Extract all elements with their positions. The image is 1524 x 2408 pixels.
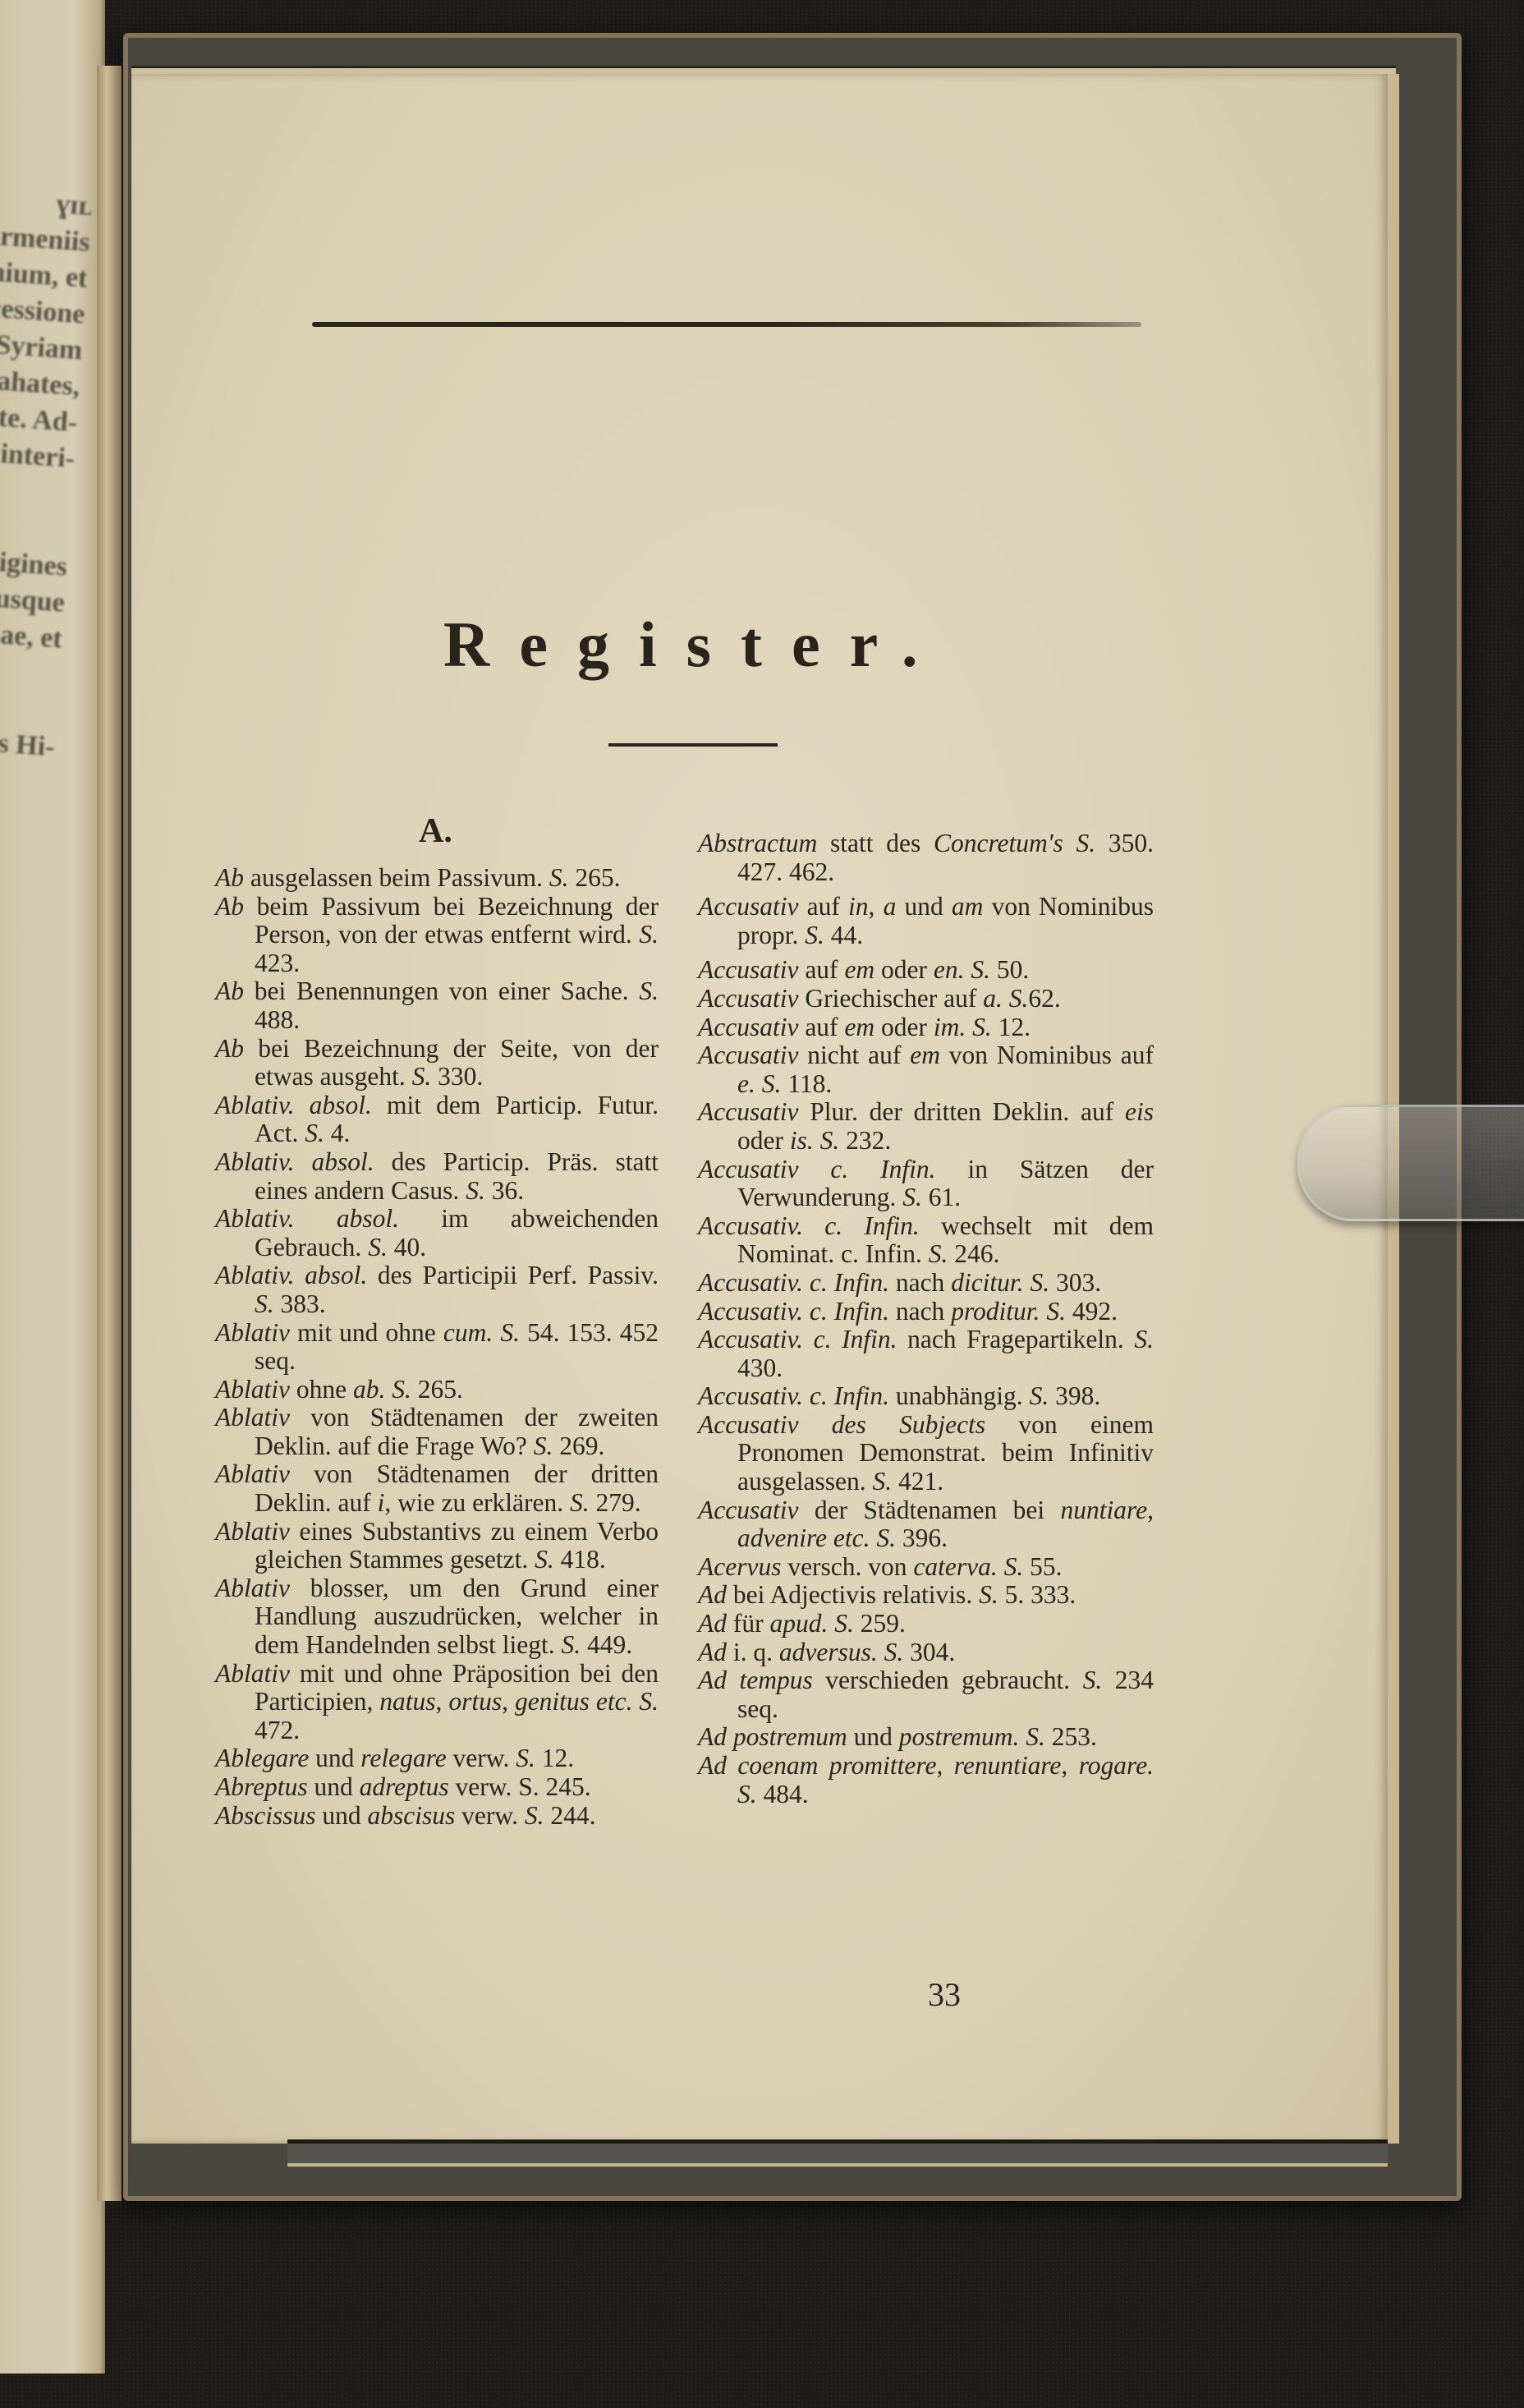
index-entry: Accusativ des Subjects von einem Pronome… [698, 1411, 1154, 1496]
index-entry: Ablativ. absol. des Participii Perf. Pas… [215, 1261, 659, 1318]
index-entry: Ad i. q. adversus. S. 304. [698, 1638, 1154, 1667]
bleed-text-line: ɣɪʟ [0, 174, 94, 225]
index-entry: Ab bei Benennungen von einer Sache. S. 4… [215, 977, 659, 1034]
page-number: 33 [928, 1975, 961, 2014]
index-entry: Accusativ. c. Infin. nach dicitur. S. 30… [698, 1269, 1154, 1298]
index-entry: Accusativ auf em oder im. S. 12. [698, 1013, 1154, 1042]
page-title: Register. [443, 608, 952, 682]
index-column-right: Abstractum statt des Concretum's S. 350.… [698, 829, 1154, 1808]
index-entry: Ablativ blosser, um den Grund einer Hand… [215, 1574, 659, 1660]
page-holder-clip [1297, 1105, 1524, 1221]
index-entry: Ad für apud. S. 259. [698, 1610, 1154, 1638]
index-entry: Accusativ. c. Infin. wechselt mit dem No… [698, 1212, 1154, 1269]
index-entry: Accusativ Griechischer auf a. S.62. [698, 985, 1154, 1013]
index-entry: Ad tempus verschieden gebraucht. S. 234 … [698, 1666, 1154, 1723]
index-entry: Abreptus und adreptus verw. S. 245. [215, 1773, 659, 1802]
index-entry: Accusativ der Städtenamen bei nuntiare, … [698, 1496, 1154, 1553]
index-entry: Ab bei Bezeichnung der Seite, von der et… [215, 1035, 659, 1091]
index-entry: Accusativ. c. Infin. nach Fragepartikeln… [698, 1326, 1154, 1382]
index-entry: Ablativ mit und ohne cum. S. 54. 153. 45… [215, 1319, 659, 1376]
top-rule [312, 322, 1141, 327]
index-entry: Ablativ mit und ohne Präposition bei den… [215, 1660, 659, 1745]
index-entry: Ad coenam promittere, renuntiare, rogare… [698, 1752, 1154, 1808]
title-underline [608, 743, 778, 747]
index-entry: Accusativ. c. Infin. unabhängig. S. 398. [698, 1382, 1154, 1411]
page-bottom-edge [287, 2139, 1388, 2167]
index-entry: Accusativ auf in, a und am von Nominibus… [698, 893, 1154, 949]
index-entry: Ad postremum und postremum. S. 253. [698, 1723, 1154, 1752]
index-entry: Accusativ auf em oder en. S. 50. [698, 956, 1154, 985]
index-entry: Abscissus und abscisus verw. S. 244. [215, 1802, 659, 1831]
index-entry: Accusativ nicht auf em von Nominibus auf… [698, 1041, 1154, 1098]
index-entry: Accusativ c. Infin. in Sätzen der Verwun… [698, 1156, 1154, 1212]
index-entry: Ab beim Passivum bei Bezeichnung der Per… [215, 893, 659, 978]
index-entry: Accusativ. c. Infin. nach proditur. S. 4… [698, 1298, 1154, 1326]
index-entry: Ablativ von Städtenamen der zweiten Dekl… [215, 1404, 659, 1460]
index-entry: Ablativ eines Substantivs zu einem Verbo… [215, 1518, 659, 1574]
index-entry: Ablativ von Städtenamen der dritten Dekl… [215, 1460, 659, 1517]
index-entry: Ablativ. absol. im abweichenden Gebrauch… [215, 1205, 659, 1261]
book-gutter [97, 66, 122, 2201]
left-facing-page: ɣɪʟue, qui Armeniislamenium, etellis acc… [0, 0, 105, 2374]
index-entry: Ablativ ohne ab. S. 265. [215, 1376, 659, 1404]
index-entry: Ablativ. absol. des Particip. Präs. stat… [215, 1148, 659, 1205]
index-entry: Ablativ. absol. mit dem Particip. Futur.… [215, 1091, 659, 1148]
index-entry: Ab ausgelassen beim Passivum. S. 265. [215, 864, 659, 893]
index-entry: Accusativ Plur. der dritten Deklin. auf … [698, 1098, 1154, 1155]
index-column-left: Ab ausgelassen beim Passivum. S. 265.Ab … [215, 864, 659, 1830]
index-entry: Acervus versch. von caterva. S. 55. [698, 1553, 1154, 1582]
section-heading: A. [419, 811, 452, 851]
index-entry: Ablegare und relegare verw. S. 12. [215, 1744, 659, 1773]
index-entry: Abstractum statt des Concretum's S. 350.… [698, 829, 1154, 886]
index-entry: Ad bei Adjectivis relativis. S. 5. 333. [698, 1581, 1154, 1610]
